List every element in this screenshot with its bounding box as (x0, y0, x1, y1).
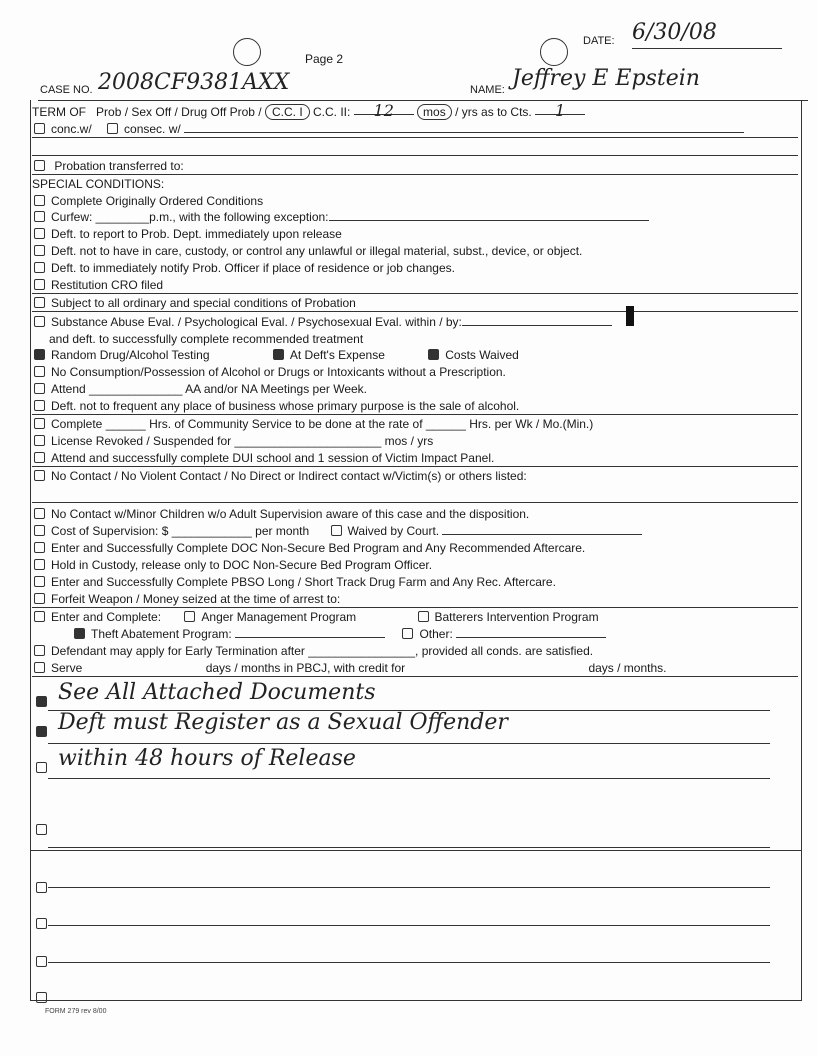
conc-label: conc.w/ (51, 122, 92, 136)
condition-item: Complete Originally Ordered Conditions (32, 193, 798, 209)
condition-checkbox[interactable] (36, 762, 47, 773)
victim-list-field[interactable] (32, 486, 798, 503)
condition-item: Enter and Complete: Anger Management Pro… (32, 609, 798, 625)
condition-label: Curfew: ________p.m., with the following… (51, 210, 329, 224)
condition-label: License Revoked / Suspended for ________… (51, 434, 433, 448)
condition-label: Anger Management Program (201, 610, 356, 624)
handwritten-condition-row: See All Attached Documents (32, 682, 798, 712)
row-line (48, 743, 770, 744)
condition-label: Deft. not to have in care, custody, or c… (51, 244, 582, 258)
condition-checkbox[interactable] (34, 366, 45, 377)
condition-label: Complete ______ Hrs. of Community Servic… (51, 417, 593, 431)
punch-hole-mark (233, 38, 261, 66)
condition-label: Complete Originally Ordered Conditions (51, 194, 263, 208)
term-label: TERM OF (32, 105, 86, 119)
condition-label: Attend and successfully complete DUI sch… (51, 451, 494, 465)
handwritten-condition-row: within 48 hours of Release (32, 748, 798, 778)
curfew-exception-field[interactable] (329, 209, 649, 221)
conc-checkbox[interactable] (34, 123, 45, 134)
page-number: Page 2 (305, 52, 343, 66)
condition-checkbox[interactable] (34, 593, 45, 604)
condition-item: Curfew: ________p.m., with the following… (32, 209, 798, 225)
condition-checkbox[interactable] (34, 297, 45, 308)
waived-by-court-checkbox[interactable] (331, 525, 342, 536)
transfer-label: Probation transferred to: (54, 159, 183, 173)
transfer-row: Probation transferred to: (32, 158, 798, 175)
consec-label: consec. w/ (124, 122, 181, 136)
term-units: / yrs as to Cts. (455, 105, 532, 119)
condition-item: Complete ______ Hrs. of Community Servic… (32, 416, 798, 432)
handwritten-condition-text[interactable]: See All Attached Documents (58, 680, 376, 705)
theft-program-field[interactable] (235, 626, 385, 638)
condition-item: No Consumption/Possession of Alcohol or … (32, 364, 798, 380)
condition-item: Random Drug/Alcohol Testing At Deft's Ex… (32, 347, 798, 363)
handwritten-condition-row: Deft must Register as a Sexual Offender (32, 712, 798, 742)
condition-label: Cost of Supervision: $ ____________ per … (51, 524, 309, 538)
condition-checkbox[interactable] (34, 508, 45, 519)
condition-checkbox[interactable] (34, 418, 45, 429)
condition-item: Forfeit Weapon / Money seized at the tim… (32, 591, 798, 608)
condition-item: Theft Abatement Program: Other: (32, 626, 798, 642)
consec-checkbox[interactable] (107, 123, 118, 134)
condition-item: Hold in Custody, release only to DOC Non… (32, 557, 798, 573)
condition-label: Random Drug/Alcohol Testing (51, 348, 210, 362)
condition-checkbox[interactable] (34, 576, 45, 587)
condition-label: No Contact w/Minor Children w/o Adult Su… (51, 507, 529, 521)
case-number-label: CASE NO. (40, 84, 93, 96)
condition-label: Subject to all ordinary and special cond… (51, 296, 356, 310)
condition-item: No Contact w/Minor Children w/o Adult Su… (32, 506, 798, 522)
condition-checkbox[interactable] (34, 245, 45, 256)
condition-label: Forfeit Weapon / Money seized at the tim… (51, 592, 340, 606)
costs-waived-checkbox[interactable] (428, 349, 439, 360)
counts-field[interactable]: 1 (535, 103, 585, 115)
condition-label: At Deft's Expense (290, 348, 385, 362)
condition-label: days / months in PBCJ, with credit for (206, 661, 405, 675)
condition-checkbox[interactable] (34, 211, 45, 222)
condition-item: Deft. not to frequent any place of busin… (32, 398, 798, 415)
condition-label: Attend ______________ AA and/or NA Meeti… (51, 382, 367, 396)
cc2-label: C.C. II: (313, 105, 350, 119)
other-checkbox[interactable] (402, 628, 413, 639)
punch-hole-mark (540, 38, 568, 66)
condition-item: Defendant may apply for Early Terminatio… (32, 643, 798, 659)
condition-label: Batterers Intervention Program (435, 610, 599, 624)
condition-label: Theft Abatement Program: (91, 627, 232, 641)
condition-item: Deft. not to have in care, custody, or c… (32, 243, 798, 259)
condition-checkbox[interactable] (36, 824, 47, 835)
condition-checkbox[interactable] (34, 470, 45, 481)
date-field[interactable]: 6/30/08 (632, 20, 782, 49)
handwritten-condition-row (32, 810, 798, 840)
condition-label: Substance Abuse Eval. / Psychological Ev… (51, 315, 462, 329)
eval-date-field[interactable] (462, 314, 612, 326)
condition-label: Deft. to immediately notify Prob. Office… (51, 261, 455, 275)
condition-label: No Contact / No Violent Contact / No Dir… (51, 469, 527, 483)
date-label: DATE: (583, 35, 615, 47)
condition-checkbox[interactable] (34, 400, 45, 411)
name-label: NAME: (470, 84, 505, 96)
anger-mgmt-checkbox[interactable] (184, 611, 195, 622)
condition-label: No Consumption/Possession of Alcohol or … (51, 365, 506, 379)
condition-checkbox[interactable] (34, 195, 45, 206)
condition-label: Deft. not to frequent any place of busin… (51, 399, 519, 413)
condition-item: Enter and Successfully Complete PBSO Lon… (32, 574, 798, 590)
condition-label: Costs Waived (445, 348, 519, 362)
condition-item-continued: and deft. to successfully complete recom… (32, 331, 798, 347)
condition-label: Restitution CRO filed (51, 278, 163, 292)
condition-checkbox[interactable] (34, 383, 45, 394)
name-field[interactable]: Jeffrey E Epstein (512, 66, 772, 91)
condition-label: Waived by Court. (348, 524, 440, 538)
row-line (48, 847, 770, 848)
deft-expense-checkbox[interactable] (273, 349, 284, 360)
term-duration-field[interactable]: 12 (354, 103, 414, 115)
consec-field[interactable] (184, 121, 744, 133)
term-row: TERM OF Prob / Sex Off / Drug Off Prob /… (32, 103, 798, 119)
condition-label: Other: (419, 627, 452, 641)
condition-checkbox[interactable] (34, 316, 45, 327)
theft-abatement-checkbox[interactable] (74, 628, 85, 639)
waived-field[interactable] (442, 523, 642, 535)
drug-testing-checkbox[interactable] (34, 349, 45, 360)
condition-label: Serve (51, 661, 82, 675)
condition-label: Enter and Successfully Complete PBSO Lon… (51, 575, 556, 589)
cc1-option-circled[interactable]: C.C. I (265, 104, 310, 120)
condition-item: License Revoked / Suspended for ________… (32, 433, 798, 449)
blank-row (32, 139, 798, 156)
condition-checkbox[interactable] (34, 542, 45, 553)
condition-item: Deft. to immediately notify Prob. Office… (32, 260, 798, 276)
condition-item: Cost of Supervision: $ ____________ per … (32, 523, 798, 539)
condition-label: Defendant may apply for Early Terminatio… (51, 644, 593, 658)
condition-item: Deft. to report to Prob. Dept. immediate… (32, 226, 798, 242)
form-number: FORM 279 rev 8/00 (45, 1008, 106, 1015)
enter-complete-checkbox[interactable] (34, 611, 45, 622)
batterers-checkbox[interactable] (418, 611, 429, 622)
condition-checkbox[interactable] (34, 559, 45, 570)
row-line (48, 778, 770, 779)
special-conditions-title: SPECIAL CONDITIONS: (32, 176, 798, 192)
condition-label: Enter and Complete: (51, 610, 161, 624)
condition-checkbox[interactable] (34, 279, 45, 290)
condition-item: Enter and Successfully Complete DOC Non-… (32, 540, 798, 556)
condition-item: Attend ______________ AA and/or NA Meeti… (32, 381, 798, 397)
handwritten-condition-text[interactable]: within 48 hours of Release (58, 746, 356, 771)
condition-label: and deft. to successfully complete recom… (49, 332, 363, 346)
serve-checkbox[interactable] (34, 662, 45, 673)
condition-item: Attend and successfully complete DUI sch… (32, 450, 798, 467)
condition-item: Restitution CRO filed (32, 277, 798, 294)
condition-label: Enter and Successfully Complete DOC Non-… (51, 541, 585, 555)
condition-checkbox[interactable] (34, 452, 45, 463)
condition-checkbox[interactable] (34, 525, 45, 536)
lower-box-extension (30, 850, 802, 1001)
condition-checkbox[interactable] (34, 262, 45, 273)
condition-label: days / months. (588, 661, 666, 675)
condition-checkbox[interactable] (34, 228, 45, 239)
condition-checkbox[interactable] (34, 645, 45, 656)
condition-checkbox[interactable] (34, 435, 45, 446)
case-number-field[interactable]: 2008CF9381AXX (98, 70, 348, 95)
term-options: Prob / Sex Off / Drug Off Prob / (96, 105, 262, 119)
condition-label: Hold in Custody, release only to DOC Non… (51, 558, 432, 572)
condition-item: No Contact / No Violent Contact / No Dir… (32, 468, 798, 484)
condition-checkbox[interactable] (36, 726, 47, 737)
condition-item: Serve days / months in PBCJ, with credit… (32, 660, 798, 677)
handwritten-condition-text[interactable]: Deft must Register as a Sexual Offender (58, 710, 508, 735)
conc-row: conc.w/ consec. w/ (32, 121, 798, 138)
mos-option-circled[interactable]: mos (417, 104, 452, 120)
condition-label: Deft. to report to Prob. Dept. immediate… (51, 227, 342, 241)
condition-item: Substance Abuse Eval. / Psychological Ev… (32, 314, 798, 330)
condition-item: Subject to all ordinary and special cond… (32, 295, 798, 312)
condition-checkbox[interactable] (36, 696, 47, 707)
other-field[interactable] (456, 626, 606, 638)
transfer-checkbox[interactable] (34, 160, 45, 171)
